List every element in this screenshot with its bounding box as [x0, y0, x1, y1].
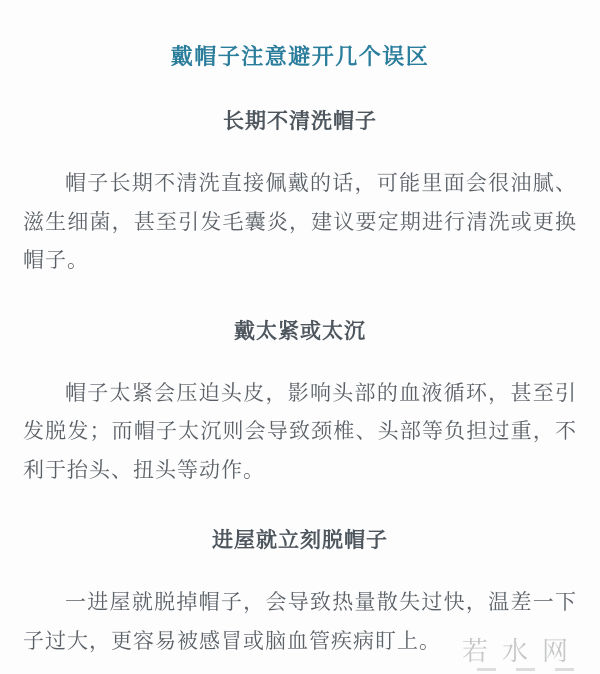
section-unwashed-hat: 长期不清洗帽子 帽子长期不清洗直接佩戴的话，可能里面会很油腻、滋生细菌，甚至引发… [23, 105, 577, 281]
section-heading: 戴太紧或太沉 [23, 315, 577, 345]
watermark-mark [477, 668, 496, 671]
watermark-subtext-marks [477, 668, 574, 671]
section-paragraph: 帽子太紧会压迫头皮，影响头部的血液循环，甚至引发脱发；而帽子太沉则会导致颈椎、头… [23, 375, 577, 491]
section-paragraph: 帽子长期不清洗直接佩戴的话，可能里面会很油腻、滋生细菌，甚至引发毛囊炎，建议要定… [23, 165, 577, 281]
section-heading: 长期不清洗帽子 [23, 105, 577, 135]
page-title: 戴帽子注意避开几个误区 [23, 0, 577, 71]
watermark-mark [555, 668, 574, 671]
section-too-tight-or-heavy: 戴太紧或太沉 帽子太紧会压迫头皮，影响头部的血液循环，甚至引发脱发；而帽子太沉则… [23, 315, 577, 491]
article-page: 戴帽子注意避开几个误区 长期不清洗帽子 帽子长期不清洗直接佩戴的话，可能里面会很… [0, 0, 600, 674]
article-content: 戴帽子注意避开几个误区 长期不清洗帽子 帽子长期不清洗直接佩戴的话，可能里面会很… [0, 0, 600, 661]
watermark-mark [516, 668, 535, 671]
section-heading: 进屋就立刻脱帽子 [23, 524, 577, 554]
watermark: 若水网 [462, 638, 582, 664]
